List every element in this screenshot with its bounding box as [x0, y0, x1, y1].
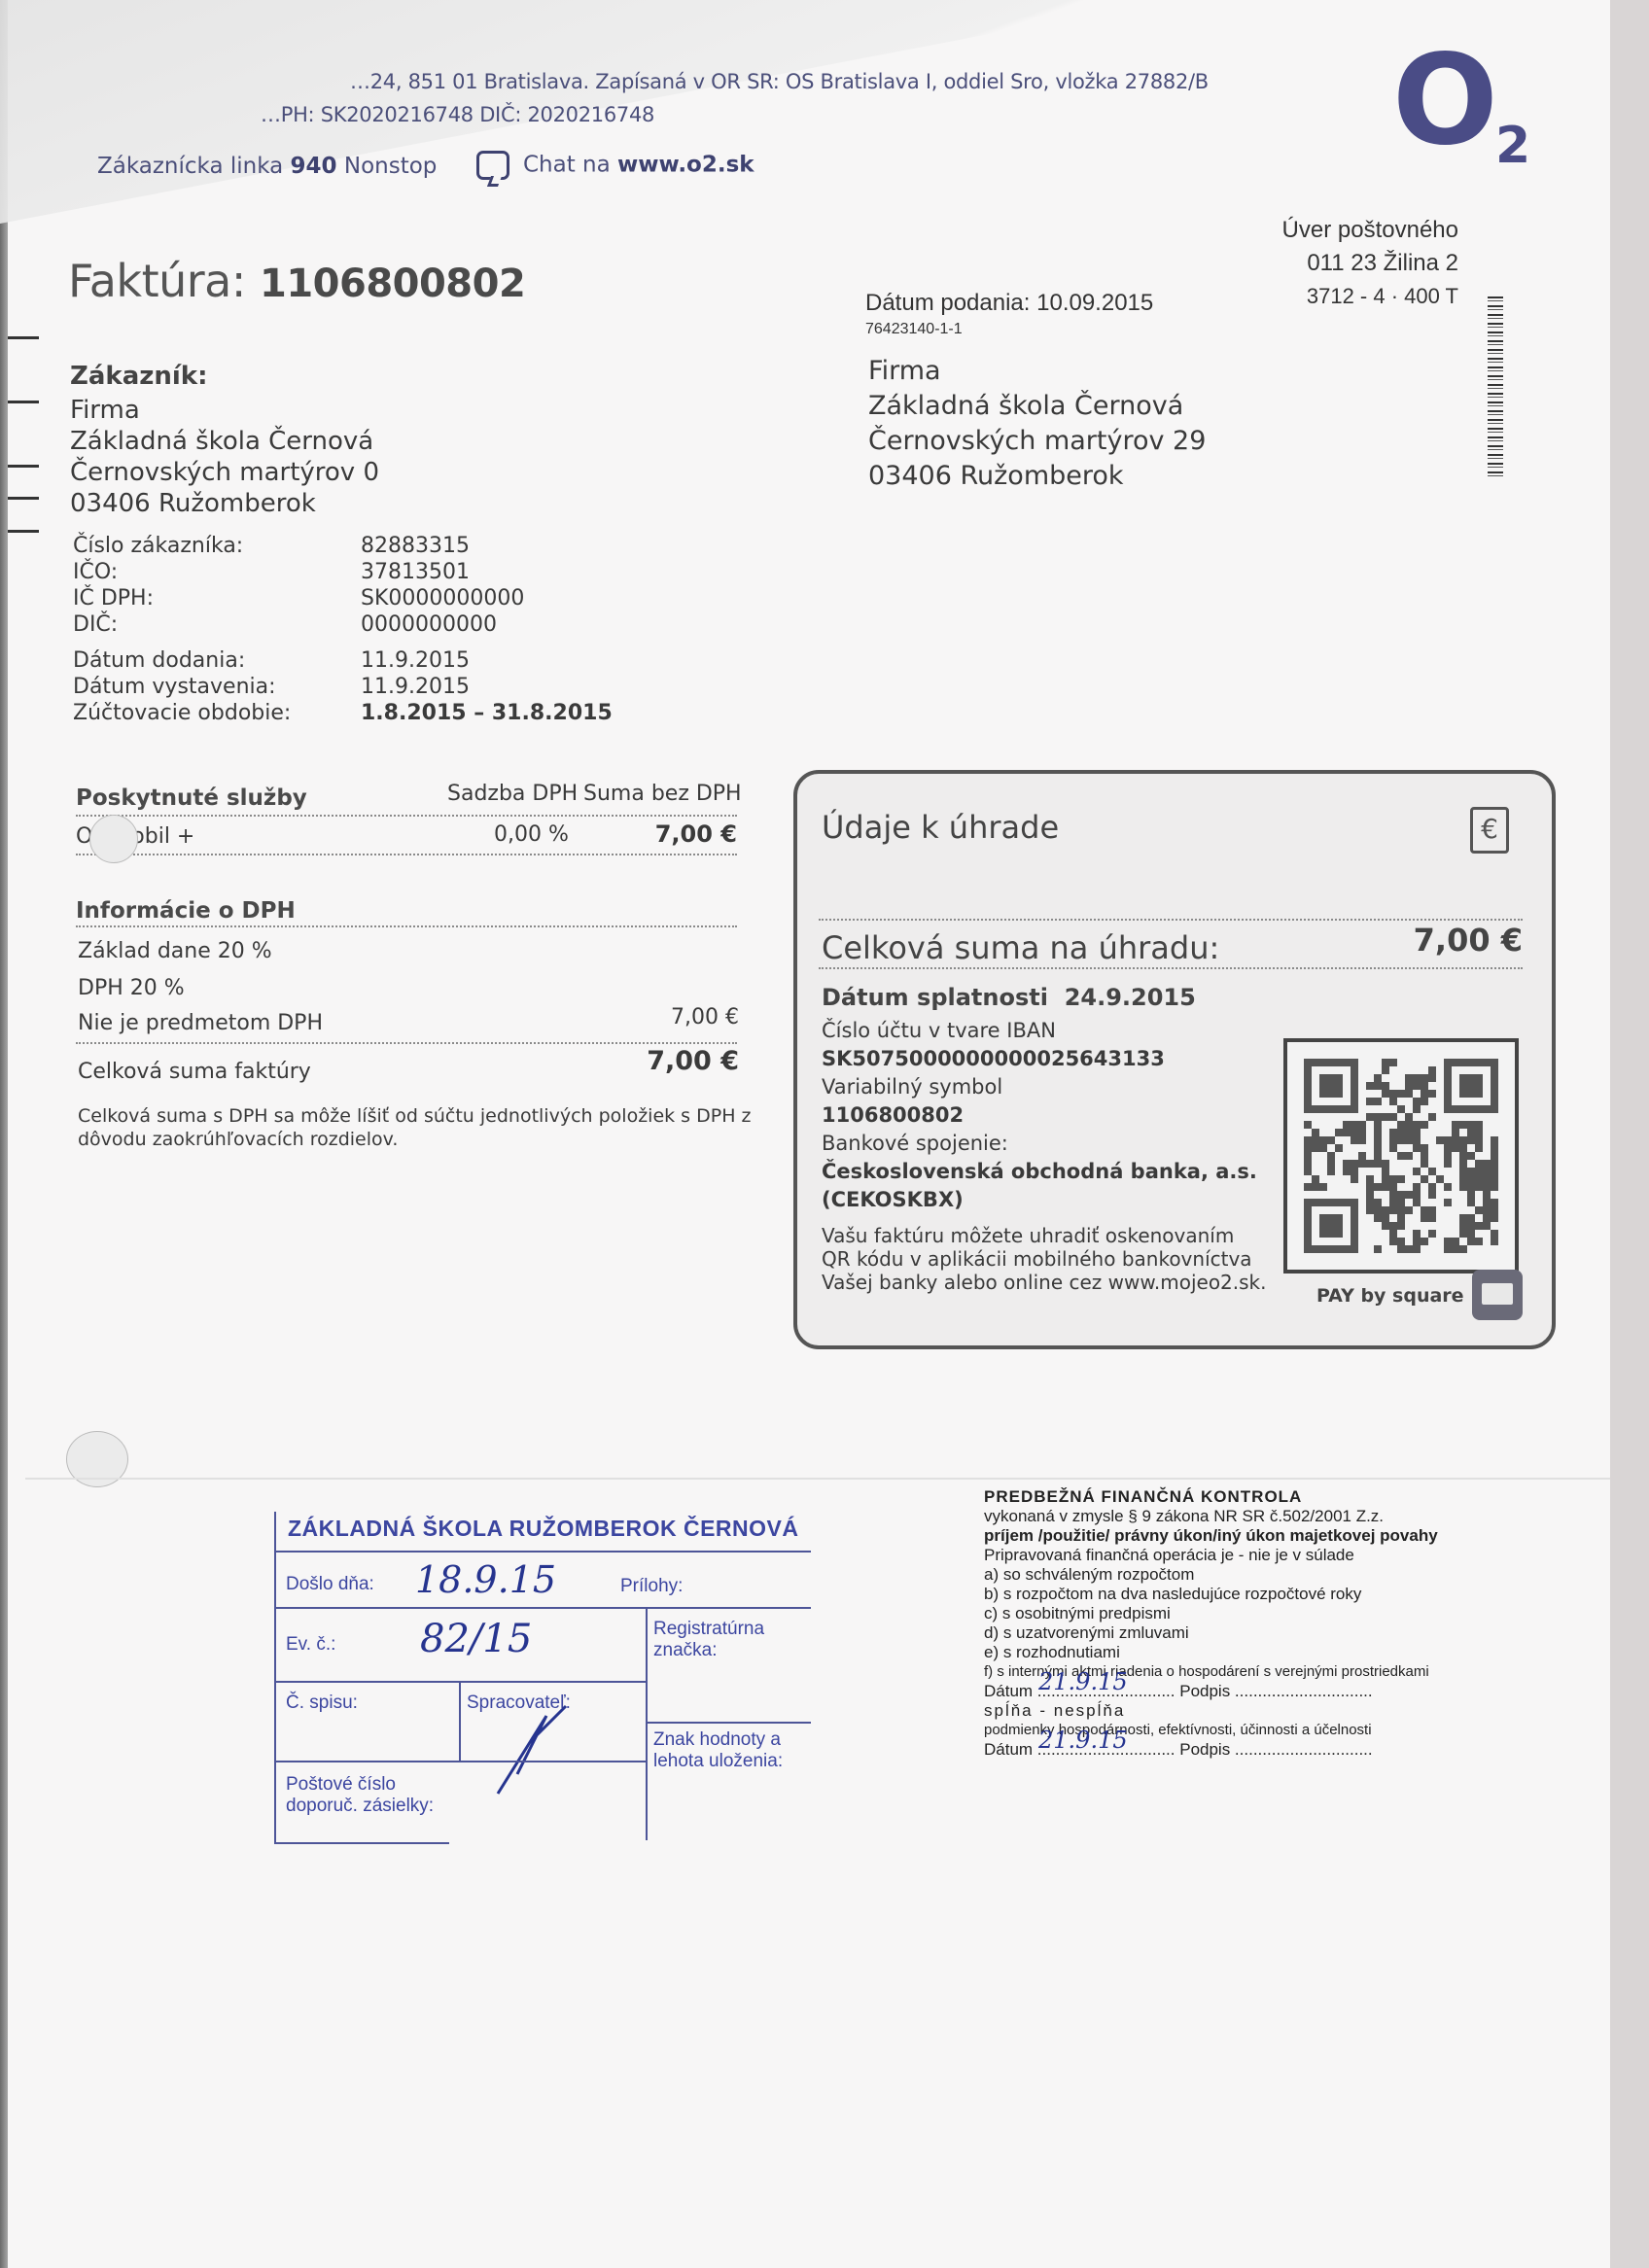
payment-total-label: Celková suma na úhradu:	[822, 929, 1219, 966]
invoice-number: 1106800802	[260, 262, 525, 306]
col-amount: Suma bez DPH	[583, 782, 742, 806]
payment-total-value: 7,00 €	[1361, 922, 1523, 959]
ev-number-label: Ev. č.:	[286, 1634, 335, 1656]
due-date-value: 24.9.2015	[1065, 984, 1196, 1011]
fold-mark	[8, 530, 39, 533]
stamp-title: ZÁKLADNÁ ŠKOLA RUŽOMBEROK ČERNOVÁ	[288, 1516, 798, 1542]
chat-icon	[476, 151, 509, 180]
bank-label: Bankové spojenie:	[822, 1130, 1269, 1158]
detail-label: Dátum dodania:	[73, 647, 245, 675]
mailing-reference: 76423140-1-1	[865, 321, 963, 338]
signature-label: Podpis ..............................	[1179, 1682, 1372, 1700]
invoice-title: Faktúra: 1106800802	[68, 255, 525, 307]
divider	[76, 1042, 737, 1044]
postal-line-3: 3712 - 4 · 400 T	[1206, 280, 1458, 313]
control-item: d) s uzatvorenými zmluvami	[984, 1623, 1460, 1643]
received-date: 18.9.15	[415, 1558, 556, 1601]
control-subtitle: vykonaná v zmysle § 9 zákona NR SR č.502…	[984, 1507, 1460, 1526]
euro-invoice-icon: €	[1470, 807, 1509, 854]
control-item: b) s rozpočtom na dva nasledujúce rozpoč…	[984, 1585, 1460, 1604]
detail-row: Dátum dodania:11.9.2015	[73, 647, 656, 675]
divider	[819, 919, 1523, 921]
postal-imprint: Úver poštovného 011 23 Žilina 2 3712 - 4…	[1206, 214, 1458, 313]
address-line: 03406 Ružomberok	[868, 459, 1206, 494]
detail-row: IČO:37813501	[73, 559, 656, 586]
processor-signature	[478, 1696, 576, 1803]
registered-mail-label: Poštové číslo doporuč. zásielky:	[286, 1774, 461, 1817]
detail-row: IČ DPH:SK0000000000	[73, 585, 656, 612]
detail-value: 11.9.2015	[361, 647, 470, 675]
control-item: e) s rozhodnutiami	[984, 1643, 1460, 1662]
control-intro: Pripravovaná finančná operácia je - nie …	[984, 1546, 1460, 1565]
bank-details: Číslo účtu v tvare IBAN SK50750000000000…	[822, 1017, 1269, 1294]
date-value: 21.9.15	[1038, 1730, 1128, 1750]
mailing-address: Firma Základná škola Černová Černovských…	[868, 354, 1206, 494]
payment-heading: Údaje k úhrade	[822, 809, 1059, 846]
date-value: 21.9.15	[1038, 1672, 1128, 1692]
address-line: Základná škola Černová	[70, 426, 379, 457]
control-date-row-2: Dátum .............................. Pod…	[984, 1740, 1460, 1760]
financial-control-stamp: PREDBEŽNÁ FINANČNÁ KONTROLA vykonaná v z…	[984, 1487, 1460, 1760]
customer-address: Firma Základná škola Černová Černovských…	[70, 395, 379, 519]
control-type: príjem /použitie/ právny úkon/iný úkon m…	[984, 1526, 1460, 1546]
chat-contact: Chat na www.o2.sk	[476, 151, 754, 180]
divider	[819, 967, 1523, 969]
fold-mark	[8, 497, 39, 500]
detail-label: IČO:	[73, 559, 118, 586]
vat-heading: Informácie o DPH	[76, 898, 296, 924]
detail-row: Číslo zákazníka:82883315	[73, 533, 656, 560]
vat-row-label: DPH 20 %	[78, 976, 185, 1000]
detail-label: DIČ:	[73, 611, 118, 639]
detail-label: Číslo zákazníka:	[73, 533, 243, 560]
vat-row-label: Nie je predmetom DPH	[78, 1011, 323, 1035]
address-line: Černovských martýrov 29	[868, 424, 1206, 459]
company-registration: …24, 851 01 Bratislava. Zapísaná v OR SR…	[350, 70, 1209, 93]
detail-row: DIČ:0000000000	[73, 611, 656, 639]
fold-mark	[8, 336, 39, 339]
detail-value: 11.9.2015	[361, 674, 470, 701]
company-tax-ids: …PH: SK2020216748 DIČ: 2020216748	[261, 103, 654, 126]
hotline-suffix: Nonstop	[337, 154, 438, 179]
control-item: c) s osobitnými predpismi	[984, 1604, 1460, 1623]
hotline-label: Zákaznícka linka	[97, 154, 291, 179]
address-line: Základná škola Černová	[868, 389, 1206, 424]
invoice-total-value: 7,00 €	[622, 1046, 739, 1076]
service-amount: 7,00 €	[651, 820, 737, 848]
address-line: Firma	[70, 395, 379, 426]
detail-row: Dátum vystavenia:11.9.2015	[73, 674, 656, 701]
detail-value: 0000000000	[361, 611, 497, 639]
variable-symbol-value[interactable]: 1106800802	[822, 1101, 1269, 1130]
mailing-date-value: 10.09.2015	[1036, 290, 1153, 316]
iban-value[interactable]: SK5075000000000025643133	[822, 1045, 1269, 1073]
variable-symbol-label: Variabilný symbol	[822, 1073, 1269, 1101]
detail-value: 1.8.2015 – 31.8.2015	[361, 700, 613, 727]
address-line: Firma	[868, 354, 1206, 389]
customer-heading: Zákazník:	[70, 362, 207, 391]
control-date-row-1: Dátum .............................. Pod…	[984, 1682, 1460, 1701]
fold-mark	[8, 401, 39, 403]
chat-link[interactable]: www.o2.sk	[617, 153, 754, 178]
divider	[76, 854, 737, 855]
payment-card-icon	[1472, 1270, 1523, 1320]
file-number-label: Č. spisu:	[286, 1692, 358, 1714]
qr-code[interactable]	[1304, 1059, 1498, 1253]
divider	[76, 925, 737, 927]
logo-letter: O	[1392, 28, 1498, 173]
registry-mark-label: Registratúrna značka:	[653, 1619, 809, 1661]
service-rate: 0,00 %	[494, 822, 569, 847]
address-line: 03406 Ružomberok	[70, 488, 379, 519]
signature-label: Podpis ..............................	[1179, 1740, 1372, 1759]
detail-value: SK0000000000	[361, 585, 524, 612]
detail-label: IČ DPH:	[73, 585, 154, 612]
iban-label: Číslo účtu v tvare IBAN	[822, 1017, 1269, 1045]
invoice-title-label: Faktúra:	[68, 255, 246, 307]
control-status: spĺňa - nespĺňa	[984, 1701, 1460, 1721]
qr-code-frame	[1283, 1038, 1519, 1274]
bank-bic: (CEKOSKBX)	[822, 1186, 1269, 1214]
control-item: a) so schváleným rozpočtom	[984, 1565, 1460, 1585]
due-date: Dátum splatnosti 24.9.2015	[822, 984, 1196, 1011]
bank-name: Československá obchodná banka, a.s.	[822, 1158, 1269, 1186]
hotline-number[interactable]: 940	[291, 154, 337, 179]
registry-stamp: ZÁKLADNÁ ŠKOLA RUŽOMBEROK ČERNOVÁ Došlo …	[274, 1502, 819, 1852]
detail-value: 82883315	[361, 533, 470, 560]
attachments-label: Prílohy:	[620, 1576, 683, 1597]
vat-row-value: 7,00 €	[622, 1005, 739, 1029]
mailing-date: Dátum podania: 10.09.2015	[865, 290, 1153, 317]
chat-label: Chat na	[523, 153, 617, 178]
postal-line-2: 011 23 Žilina 2	[1206, 247, 1458, 280]
retention-label: Znak hodnoty a lehota uloženia:	[653, 1729, 809, 1772]
detail-label: Zúčtovacie obdobie:	[73, 700, 291, 727]
divider	[76, 815, 737, 817]
postal-barcode	[1488, 297, 1503, 476]
col-vat-rate: Sadzba DPH	[447, 782, 578, 806]
address-line: Černovských martýrov 0	[70, 457, 379, 488]
ev-number-value: 82/15	[420, 1617, 532, 1661]
qr-payment-note: Vašu faktúru môžete uhradiť oskenovaním …	[822, 1224, 1269, 1294]
detail-row: Zúčtovacie obdobie:1.8.2015 – 31.8.2015	[73, 700, 656, 727]
received-label: Došlo dňa:	[286, 1574, 374, 1595]
invoice-total-label: Celková suma faktúry	[78, 1060, 311, 1084]
o2-logo: O 2	[1392, 39, 1548, 175]
fold-line	[25, 1478, 1610, 1480]
scan-margin	[1610, 0, 1649, 2268]
due-date-label: Dátum splatnosti	[822, 984, 1048, 1011]
logo-subscript: 2	[1495, 117, 1530, 175]
mailing-date-label: Dátum podania:	[865, 290, 1030, 316]
services-heading: Poskytnuté služby	[76, 785, 307, 811]
customer-details: Číslo zákazníka:82883315 IČO:37813501 IČ…	[73, 533, 656, 737]
pay-by-square-label: PAY by square	[1316, 1285, 1464, 1307]
control-title: PREDBEŽNÁ FINANČNÁ KONTROLA	[984, 1487, 1460, 1507]
rounding-note: Celková suma s DPH sa môže líšiť od súčt…	[78, 1104, 758, 1151]
detail-label: Dátum vystavenia:	[73, 674, 276, 701]
vat-row-label: Základ dane 20 %	[78, 939, 272, 963]
postal-line-1: Úver poštovného	[1206, 214, 1458, 247]
detail-value: 37813501	[361, 559, 470, 586]
fold-mark	[8, 465, 39, 468]
customer-hotline: Zákaznícka linka 940 Nonstop	[97, 154, 437, 179]
punch-hole	[89, 815, 138, 863]
